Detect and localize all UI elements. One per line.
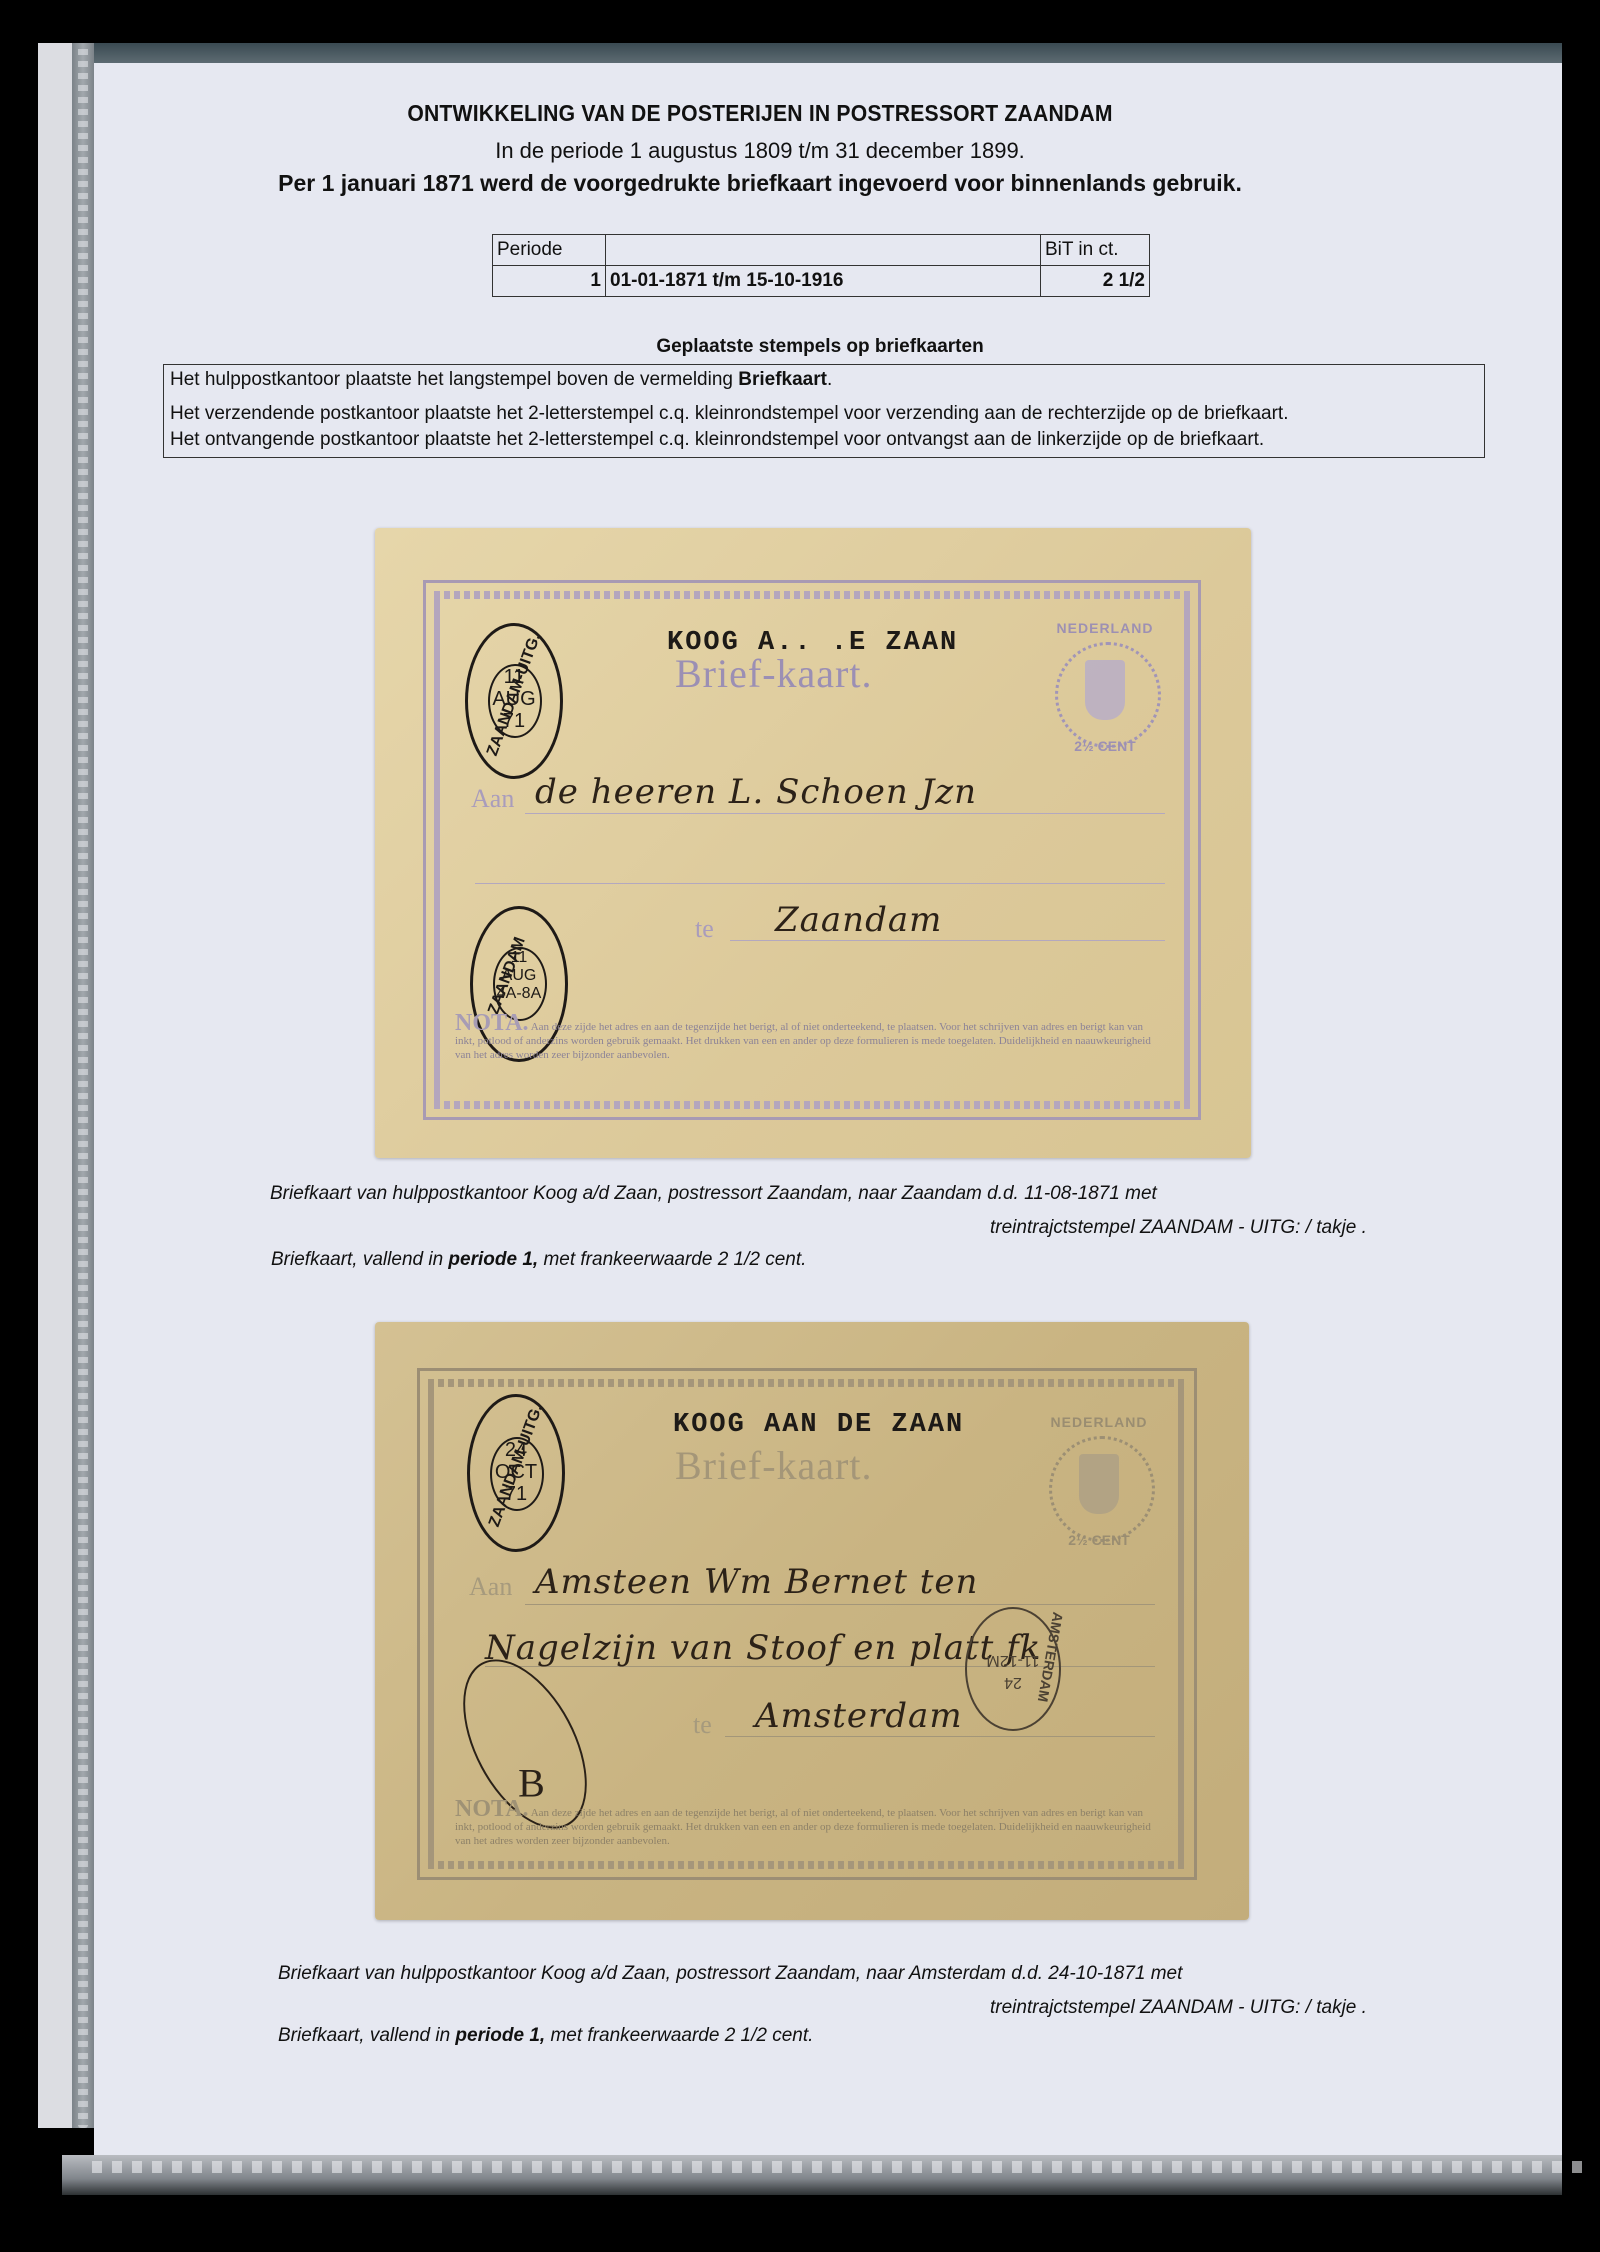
caption-bold: periode 1, <box>455 2025 545 2046</box>
nota-text: NOTA. Aan deze zijde het adres en aan de… <box>455 1802 1155 1848</box>
nota-text: NOTA. Aan deze zijde het adres en aan de… <box>455 1016 1160 1062</box>
cancel-day: 24 <box>470 1439 562 1461</box>
stempels-line: Het ontvangende postkantoor plaatste het… <box>170 429 1264 451</box>
stempels-line: Het verzendende postkantoor plaatste het… <box>170 403 1288 425</box>
cancel-date: 24 OCT 71 <box>470 1439 562 1505</box>
te-label: te <box>695 914 714 944</box>
indicium-top-text: NEDERLAND <box>1051 620 1159 636</box>
cancel-month: AUG <box>468 688 560 710</box>
indicium-value: 2½ CENT <box>1045 1532 1153 1548</box>
nota-body: Aan deze zijde het adres en aan de tegen… <box>455 1021 1151 1061</box>
caption-card1-line3: Briefkaart, vallend in periode 1, met fr… <box>271 1249 806 1271</box>
table-cell-dates: 01-01-1871 t/m 15-10-1916 <box>606 266 1041 297</box>
cancel-month: AUG <box>473 967 565 985</box>
sleeve-top-edge <box>72 43 1562 63</box>
nota-label: NOTA. <box>455 1796 529 1822</box>
stempels-heading: Geplaatste stempels op briefkaarten <box>0 336 1600 358</box>
stempels-line: Het hulppostkantoor plaatste het langste… <box>170 369 832 391</box>
table-header-row: Periode BiT in ct. <box>493 235 1150 266</box>
table-header-cell: Periode <box>493 235 606 266</box>
table-header-cell: BiT in ct. <box>1041 235 1150 266</box>
stempels-line-text: Het hulppostkantoor plaatste het langste… <box>170 369 738 390</box>
card-label: Brief-kaart. <box>675 650 872 697</box>
table-cell-periode: 1 <box>493 266 606 297</box>
coat-of-arms-icon <box>1079 1454 1119 1514</box>
nota-label: NOTA. <box>455 1010 529 1036</box>
caption-text: met frankeerwaarde 2 1/2 cent. <box>545 2025 813 2046</box>
postcard-1: KOOG A.. .E ZAAN Brief-kaart. NEDERLAND … <box>375 528 1251 1158</box>
address-line <box>475 883 1165 884</box>
table-row: 1 01-01-1871 t/m 15-10-1916 2 1/2 <box>493 266 1150 297</box>
address-city: Zaandam <box>775 900 942 940</box>
postcard-2: KOOG AAN DE ZAAN Brief-kaart. NEDERLAND … <box>375 1322 1249 1920</box>
card-label: Brief-kaart. <box>675 1442 872 1489</box>
caption-card2-line1: Briefkaart van hulppostkantoor Koog a/d … <box>278 1963 1182 1985</box>
caption-card1-line1: Briefkaart van hulppostkantoor Koog a/d … <box>270 1183 1157 1205</box>
cancel-time: 11-12M <box>967 1649 1059 1671</box>
cancel-year: 71 <box>470 1483 562 1505</box>
address-recipient: de heeren L. Schoen Jzn <box>535 772 977 812</box>
caption-card2-line2: treintrajctstempel ZAANDAM - UITG: / tak… <box>990 1997 1367 2019</box>
stempels-line-bold: Briefkaart <box>738 369 827 390</box>
address-line <box>525 813 1165 814</box>
table-cell-rate: 2 1/2 <box>1041 266 1150 297</box>
aan-label: Aan <box>469 1572 512 1602</box>
page-title: ONTWIKKELING VAN DE POSTERIJEN IN POSTRE… <box>61 100 1459 127</box>
indicium-stamp: NEDERLAND 2½ CENT <box>1045 1414 1153 1554</box>
address-recipient: Amsteen Wm Bernet ten <box>535 1562 978 1602</box>
cancel-year: 71 <box>468 710 560 732</box>
sleeve-bottom-edge <box>62 2155 1562 2195</box>
caption-text: met frankeerwaarde 2 1/2 cent. <box>538 1249 806 1270</box>
aan-label: Aan <box>471 784 514 814</box>
nota-body: Aan deze zijde het adres en aan de tegen… <box>455 1807 1151 1847</box>
indicium-top-text: NEDERLAND <box>1045 1414 1153 1430</box>
cancel-month: OCT <box>470 1461 562 1483</box>
cancel-time: 4A-8A <box>473 985 565 1003</box>
table-header-cell <box>606 235 1041 266</box>
page-intro: Per 1 januari 1871 werd de voorgedrukte … <box>0 170 1520 197</box>
caption-card2-line3: Briefkaart, vallend in periode 1, met fr… <box>278 2025 813 2047</box>
cancel-zaandam-uitg: ZAANDAM-UITG. 11 AUG 71 <box>465 623 563 779</box>
langstempel: KOOG AAN DE ZAAN <box>673 1410 964 1440</box>
caption-card1-line2: treintrajctstempel ZAANDAM - UITG: / tak… <box>990 1217 1367 1239</box>
caption-text: Briefkaart, vallend in <box>271 1249 448 1270</box>
address-line <box>730 940 1165 941</box>
cancel-zaandam-uitg: ZAANDAM-UITG. 24 OCT 71 <box>467 1394 565 1552</box>
cancel-date: 11 AUG 71 <box>468 666 560 732</box>
cancel-amsterdam: AMSTERDAM 24 11-12M <box>965 1607 1061 1731</box>
indicium-value: 2½ CENT <box>1051 738 1159 754</box>
address-line <box>725 1736 1155 1737</box>
cancel-day: 11 <box>468 666 560 688</box>
address-city: Amsterdam <box>755 1696 963 1736</box>
stempels-line-text: . <box>827 369 832 390</box>
cancel-date: 24 11-12M <box>967 1649 1059 1693</box>
cancel-day: 11 <box>473 949 565 967</box>
indicium-stamp: NEDERLAND 2½ CENT <box>1051 620 1159 760</box>
coat-of-arms-icon <box>1085 660 1125 720</box>
stempels-box: Het hulppostkantoor plaatste het langste… <box>163 364 1485 458</box>
caption-text: Briefkaart, vallend in <box>278 2025 455 2046</box>
caption-bold: periode 1, <box>448 1249 538 1270</box>
cancel-date: 11 AUG 4A-8A <box>473 949 565 1003</box>
periode-table: Periode BiT in ct. 1 01-01-1871 t/m 15-1… <box>492 234 1150 297</box>
address-line <box>525 1604 1155 1605</box>
cancel-day: 24 <box>967 1671 1059 1693</box>
te-label: te <box>693 1710 712 1740</box>
address-line-2: Nagelzijn van Stoof en platt fk <box>485 1628 1041 1668</box>
page-subtitle: In de periode 1 augustus 1809 t/m 31 dec… <box>0 138 1520 164</box>
